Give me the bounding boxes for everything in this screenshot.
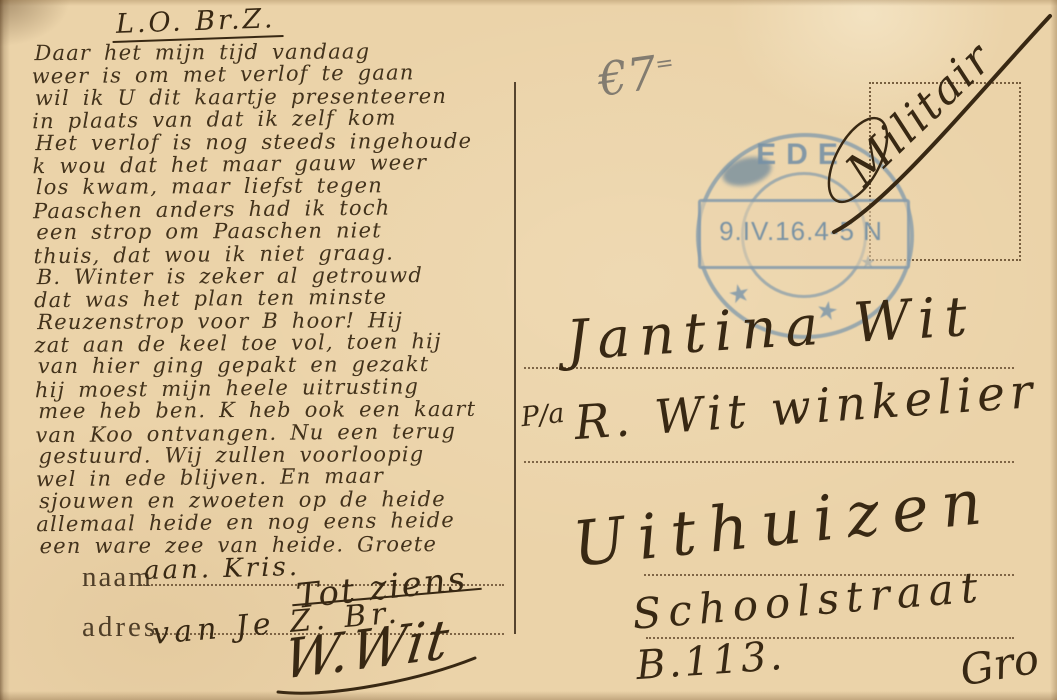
message-heading: L.O. Br.Z.: [111, 3, 284, 43]
price-value: €7: [595, 45, 660, 107]
address-care-of-name: R. Wit winkelier: [573, 364, 1039, 451]
address-city: Uithuizen: [569, 464, 997, 581]
naam-label: naam: [82, 561, 153, 594]
address-province-partial: Gro: [956, 634, 1042, 696]
postcard-back: naam adres EDE 9.IV.16.4-5 N ★ ★ ★ €7= M…: [0, 0, 1057, 700]
address-dotted-line-2: [524, 461, 1014, 463]
address-house-number: B.113.: [635, 633, 787, 689]
address-care-of: P/a: [519, 398, 565, 433]
adres-label: adres: [82, 611, 158, 644]
message-block: Daar het mijn tijd vandaag weer is om me…: [31, 39, 474, 559]
center-divider-line: [514, 82, 516, 634]
militair-note-group: Militair: [812, 0, 1057, 268]
militair-note: Militair: [835, 32, 1003, 197]
pencil-price-annotation: €7=: [595, 43, 677, 107]
message-line: dat was het plan ten minste: [34, 285, 472, 312]
closing-aan-kris: aan. Kris.: [144, 552, 301, 586]
price-mark: =: [654, 51, 674, 78]
address-recipient-name: Jantina Wit: [564, 284, 977, 373]
